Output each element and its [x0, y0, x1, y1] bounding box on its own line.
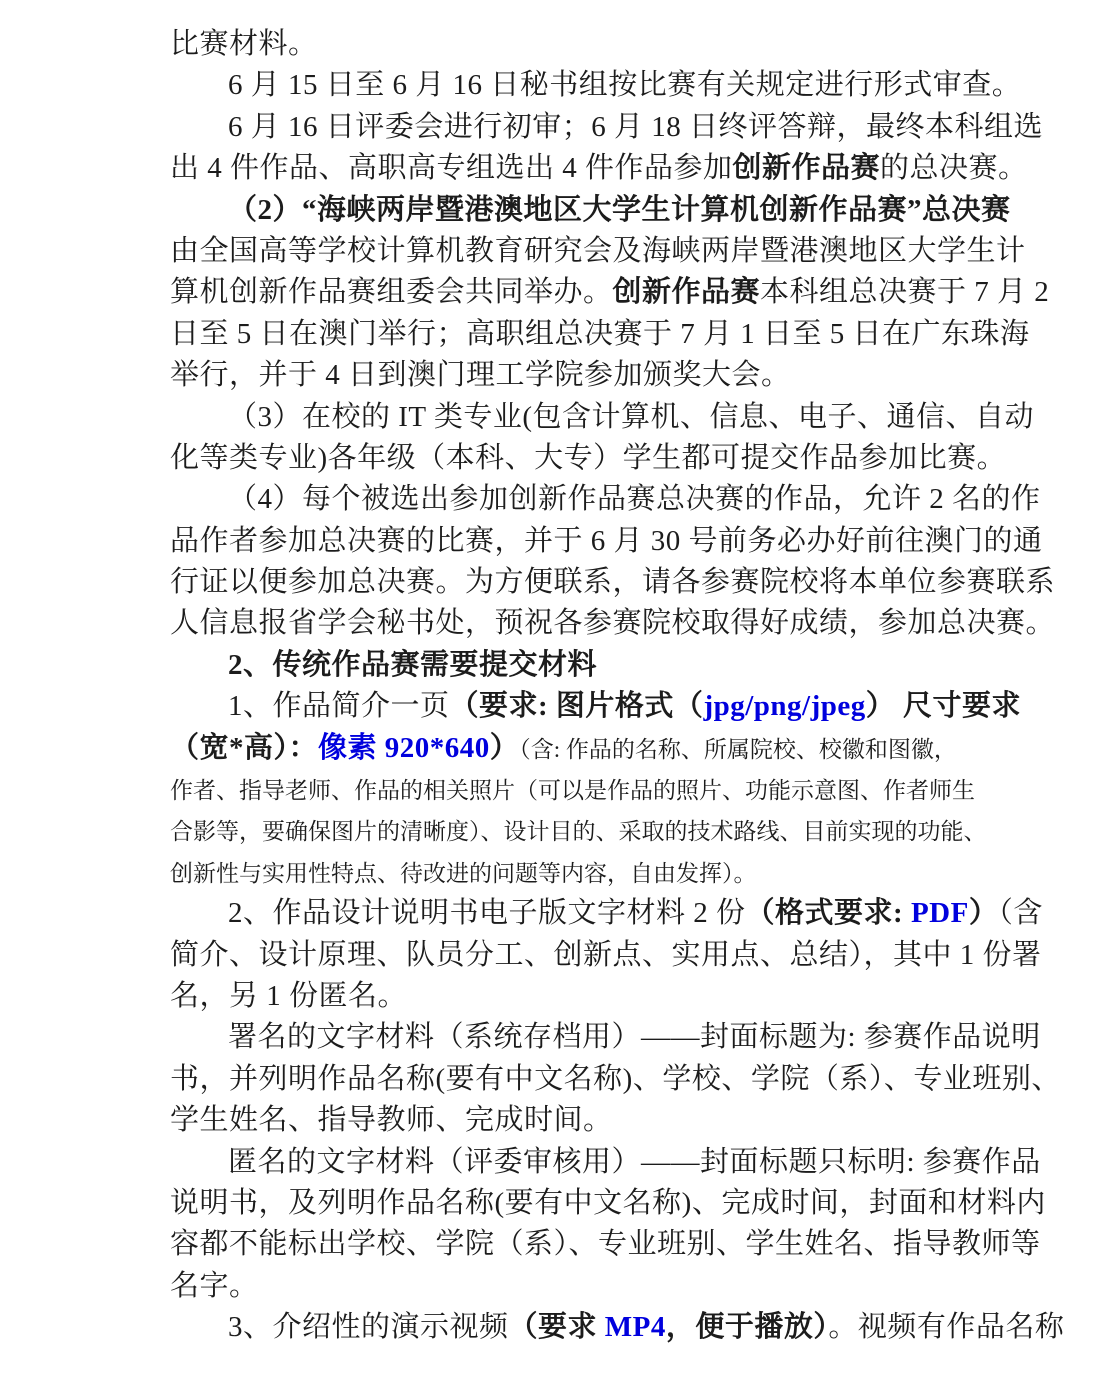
highlighted-text-run: PDF: [911, 897, 969, 929]
text-run: 本科组总决赛于 7 月 2: [760, 276, 1049, 308]
text-line-10: （3）在校的 IT 类专业(包含计算机、信息、电子、通信、自动: [170, 397, 960, 438]
text-line-8: 日至 5 日在澳门举行；高职组总决赛于 7 月 1 日至 5 日在广东珠海: [170, 314, 960, 355]
text-run: 化等类专业)各年级（本科、大专）学生都可提交作品参加比赛。: [170, 442, 1006, 474]
text-line-6: 由全国高等学校计算机教育研究会及海峡两岸暨港澳地区大学生计: [170, 231, 960, 272]
text-line-25: 署名的文字材料（系统存档用）——封面标题为: 参赛作品说明: [170, 1017, 960, 1058]
text-line-26: 书，并列明作品名称(要有中文名称)、学校、学院（系）、专业班别、: [170, 1059, 960, 1100]
bold-text-run: ）: [490, 732, 520, 764]
text-run: 容都不能标出学校、学院（系）、专业班别、学生姓名、指导教师等: [170, 1228, 1041, 1260]
text-run: 名，另 1 份匿名。: [170, 980, 407, 1012]
text-line-30: 容都不能标出学校、学院（系）、专业班别、学生姓名、指导教师等: [170, 1224, 960, 1265]
text-run: （含: 作品的名称、所属院校、校徽和图徽，: [519, 737, 957, 762]
text-line-4: 出 4 件作品、高职高专组选出 4 件作品参加创新作品赛的总决赛。: [170, 148, 960, 189]
bold-text-run: 创新作品赛: [733, 152, 881, 184]
document-page: 比赛材料。6 月 15 日至 6 月 16 日秘书组按比赛有关规定进行形式审查。…: [0, 0, 1101, 1381]
text-run: 6 月 16 日评委会进行初审；6 月 18 日终评答辩，最终本科组选: [228, 111, 1043, 143]
text-line-27: 学生姓名、指导教师、完成时间。: [170, 1100, 960, 1141]
text-run: 举行，并于 4 日到澳门理工学院参加颁奖大会。: [170, 359, 791, 391]
bold-text-run: （要求: [509, 1311, 605, 1343]
bold-text-run: （要求: 图片格式（: [450, 690, 704, 722]
text-run: 的总决赛。: [880, 152, 1028, 184]
text-line-17: 1、作品简介一页（要求: 图片格式（jpg/png/jpeg） 尺寸要求: [170, 686, 960, 727]
text-run: 说明书，及列明作品名称(要有中文名称)、完成时间，封面和材料内: [170, 1187, 1046, 1219]
text-line-13: 品作者参加总决赛的比赛，并于 6 月 30 号前务必办好前往澳门的通: [170, 521, 960, 562]
text-run: 。视频有作品名称: [828, 1311, 1064, 1343]
text-line-5: （2）“海峡两岸暨港澳地区大学生计算机创新作品赛”总决赛: [170, 190, 960, 231]
bold-text-run: 创新作品赛: [613, 276, 761, 308]
highlighted-text-run: jpg/png/jpeg: [703, 690, 865, 722]
text-line-7: 算机创新作品赛组委会共同举办。创新作品赛本科组总决赛于 7 月 2: [170, 272, 960, 313]
text-run: 署名的文字材料（系统存档用）——封面标题为: 参赛作品说明: [228, 1021, 1041, 1053]
text-run: 由全国高等学校计算机教育研究会及海峡两岸暨港澳地区大学生计: [170, 235, 1026, 267]
text-line-16: 2、传统作品赛需要提交材料: [170, 645, 960, 686]
text-line-3: 6 月 16 日评委会进行初审；6 月 18 日终评答辩，最终本科组选: [170, 107, 960, 148]
text-run: 品作者参加总决赛的比赛，并于 6 月 30 号前务必办好前往澳门的通: [170, 525, 1043, 557]
text-line-18: （宽*高）：像素 920*640）（含: 作品的名称、所属院校、校徽和图徽，: [170, 728, 960, 769]
text-line-9: 举行，并于 4 日到澳门理工学院参加颁奖大会。: [170, 355, 960, 396]
document-text-block: 比赛材料。6 月 15 日至 6 月 16 日秘书组按比赛有关规定进行形式审查。…: [170, 24, 960, 1349]
text-line-15: 人信息报省学会秘书处，预祝各参赛院校取得好成绩，参加总决赛。: [170, 603, 960, 644]
text-line-11: 化等类专业)各年级（本科、大专）学生都可提交作品参加比赛。: [170, 438, 960, 479]
text-line-29: 说明书，及列明作品名称(要有中文名称)、完成时间，封面和材料内: [170, 1183, 960, 1224]
text-run: （含: [998, 897, 1043, 929]
text-line-14: 行证以便参加总决赛。为方便联系，请各参赛院校将本单位参赛联系: [170, 562, 960, 603]
text-run: 简介、设计原理、队员分工、创新点、实用点、总结），其中 1 份署: [170, 939, 1042, 971]
text-line-32: 3、介绍性的演示视频（要求 MP4，便于播放）。视频有作品名称: [170, 1307, 960, 1348]
text-line-19: 作者、指导老师、作品的相关照片（可以是作品的照片、功能示意图、作者师生: [170, 769, 960, 810]
bold-text-run: ） 尺寸要求: [866, 690, 1021, 722]
text-run: 3、介绍性的演示视频: [228, 1311, 509, 1343]
bold-text-run: （格式要求:: [746, 897, 911, 929]
text-line-24: 名，另 1 份匿名。: [170, 976, 960, 1017]
text-run: 合影等，要确保图片的清晰度）、设计目的、采取的技术路线、目前实现的功能、: [170, 819, 987, 844]
text-line-31: 名字。: [170, 1266, 960, 1307]
text-run: 书，并列明作品名称(要有中文名称)、学校、学院（系）、专业班别、: [170, 1063, 1061, 1095]
bold-text-run: 2、传统作品赛需要提交材料: [228, 649, 597, 681]
text-run: 日至 5 日在澳门举行；高职组总决赛于 7 月 1 日至 5 日在广东珠海: [170, 318, 1030, 350]
text-line-1: 比赛材料。: [170, 24, 960, 65]
text-run: 人信息报省学会秘书处，预祝各参赛院校取得好成绩，参加总决赛。: [170, 607, 1055, 639]
text-run: 行证以便参加总决赛。为方便联系，请各参赛院校将本单位参赛联系: [170, 566, 1055, 598]
text-run: 匿名的文字材料（评委审核用）——封面标题只标明: 参赛作品: [228, 1146, 1041, 1178]
text-run: （3）在校的 IT 类专业(包含计算机、信息、电子、通信、自动: [228, 401, 1034, 433]
text-line-20: 合影等，要确保图片的清晰度）、设计目的、采取的技术路线、目前实现的功能、: [170, 810, 960, 851]
text-run: （4）每个被选出参加创新作品赛总决赛的作品，允许 2 名的作: [228, 483, 1041, 515]
text-run: 创新性与实用性特点、待改进的问题等内容，自由发挥）。: [170, 861, 757, 886]
text-run: 算机创新作品赛组委会共同举办。: [170, 276, 613, 308]
bold-text-run: ，便于播放）: [666, 1311, 829, 1343]
text-run: 2、作品设计说明书电子版文字材料 2 份: [228, 897, 746, 929]
text-line-23: 简介、设计原理、队员分工、创新点、实用点、总结），其中 1 份署: [170, 935, 960, 976]
highlighted-text-run: 像素 920*640: [318, 732, 490, 764]
text-run: 比赛材料。: [170, 28, 318, 60]
bold-text-run: （宽*高）：: [170, 732, 318, 764]
text-run: 名字。: [170, 1270, 259, 1302]
text-run: 作者、指导老师、作品的相关照片（可以是作品的照片、功能示意图、作者师生: [170, 778, 975, 803]
text-line-28: 匿名的文字材料（评委审核用）——封面标题只标明: 参赛作品: [170, 1142, 960, 1183]
text-run: 学生姓名、指导教师、完成时间。: [170, 1104, 613, 1136]
bold-text-run: （2）“海峡两岸暨港澳地区大学生计算机创新作品赛”总决赛: [228, 194, 1011, 226]
text-run: 出 4 件作品、高职高专组选出 4 件作品参加: [170, 152, 733, 184]
text-run: 1、作品简介一页: [228, 690, 450, 722]
text-run: 6 月 15 日至 6 月 16 日秘书组按比赛有关规定进行形式审查。: [228, 69, 1021, 101]
text-line-22: 2、作品设计说明书电子版文字材料 2 份（格式要求: PDF）（含: [170, 893, 960, 934]
text-line-12: （4）每个被选出参加创新作品赛总决赛的作品，允许 2 名的作: [170, 479, 960, 520]
text-line-2: 6 月 15 日至 6 月 16 日秘书组按比赛有关规定进行形式审查。: [170, 65, 960, 106]
bold-text-run: ）: [969, 897, 999, 929]
text-line-21: 创新性与实用性特点、待改进的问题等内容，自由发挥）。: [170, 852, 960, 893]
highlighted-text-run: MP4: [605, 1311, 666, 1343]
